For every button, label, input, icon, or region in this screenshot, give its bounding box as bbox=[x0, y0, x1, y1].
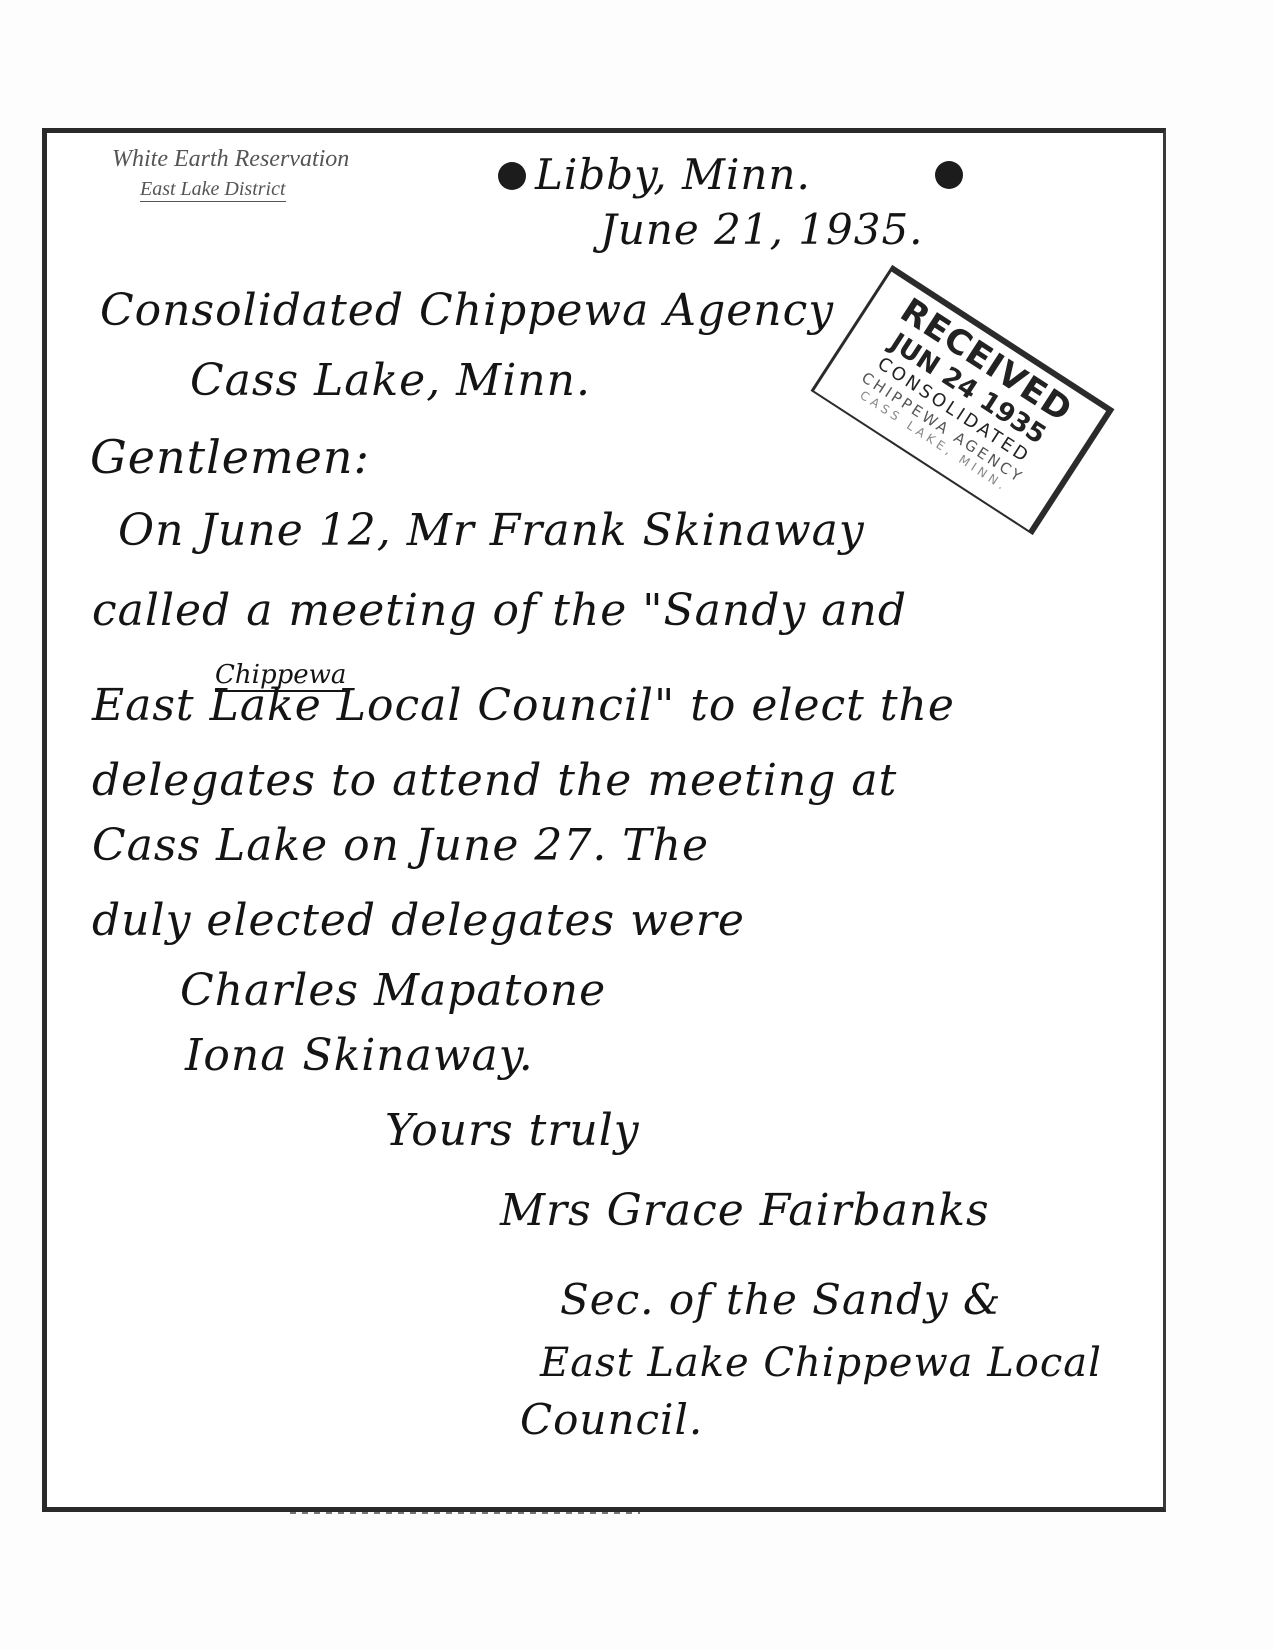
recipient-line-1: Consolidated Chippewa Agency bbox=[100, 285, 834, 336]
signature-name: Mrs Grace Fairbanks bbox=[500, 1185, 990, 1236]
annotation-district: East Lake District bbox=[140, 178, 286, 202]
body-line-4: delegates to attend the meeting at bbox=[92, 755, 897, 806]
letter-date: June 21, 1935. bbox=[600, 205, 924, 254]
signature-title-1: Sec. of the Sandy & bbox=[560, 1275, 1001, 1324]
signature-title-3: Council. bbox=[520, 1395, 703, 1444]
salutation: Gentlemen: bbox=[90, 430, 370, 484]
delegate-1: Charles Mapatone bbox=[180, 965, 606, 1016]
punch-hole-right bbox=[935, 161, 963, 189]
annotation-reservation: White Earth Reservation bbox=[112, 146, 349, 173]
closing: Yours truly bbox=[385, 1105, 640, 1156]
recipient-line-2: Cass Lake, Minn. bbox=[190, 355, 591, 406]
body-line-1: On June 12, Mr Frank Skinaway bbox=[118, 505, 865, 556]
body-line-6: duly elected delegates were bbox=[92, 895, 745, 946]
delegate-2: Iona Skinaway. bbox=[185, 1030, 534, 1081]
letter-place: Libby, Minn. bbox=[535, 150, 811, 199]
body-line-2: called a meeting of the "Sandy and bbox=[92, 585, 907, 636]
scan-edge-artifact bbox=[290, 1512, 640, 1514]
body-line-5: Cass Lake on June 27. The bbox=[92, 820, 709, 871]
body-line-3: East Lake Local Council" to elect the bbox=[92, 680, 955, 731]
punch-hole-left bbox=[498, 162, 526, 190]
signature-title-2: East Lake Chippewa Local bbox=[540, 1340, 1102, 1386]
